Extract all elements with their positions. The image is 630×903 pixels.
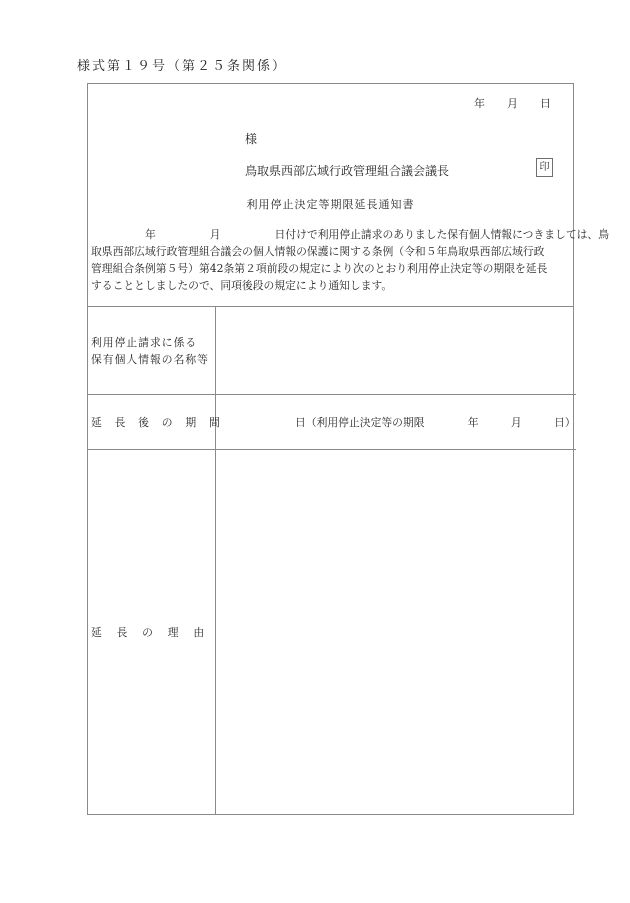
issue-date-line: 年 月 日: [474, 95, 551, 111]
seal-mark: 印: [540, 163, 550, 173]
notice-body-paragraph: 年 月 日付けで利用停止請求のありました保有個人情報につきましては、鳥 取県西部…: [91, 226, 570, 294]
row-period-label: 延 長 後 の 期 間: [91, 415, 215, 430]
body-line-1: 年 月 日付けで利用停止請求のありました保有個人情報につきましては、鳥: [91, 226, 570, 243]
document-title: 利用停止決定等期限延長通知書: [88, 196, 573, 212]
row-period-value: 日（利用停止決定等の期限 年 月 日）: [295, 415, 576, 430]
row-reason-label-cell: 延 長 の 理 由: [88, 450, 216, 814]
addressee-suffix: 様: [245, 130, 257, 147]
row-reason-value-cell: [216, 450, 576, 814]
row-period-label-cell: 延 長 後 の 期 間: [88, 395, 216, 450]
body-line-2: 取県西部広域行政管理組合議会の個人情報の保護に関する条例（令和５年鳥取県西部広域…: [91, 243, 570, 260]
row-name-label-line-2: 保有個人情報の名称等: [91, 351, 215, 368]
row-name-label-cell: 利用停止請求に係る 保有個人情報の名称等: [88, 307, 216, 395]
body-line-4: することとしましたので、同項後段の規定により通知します。: [91, 277, 570, 294]
row-name-value-cell: [216, 307, 576, 395]
row-period-value-cell: 日（利用停止決定等の期限 年 月 日）: [216, 395, 576, 450]
form-number-label: 様式第１９号（第２５条関係）: [77, 55, 287, 74]
row-reason-label: 延 長 の 理 由: [91, 625, 215, 640]
row-name-label-line-1: 利用停止請求に係る: [91, 334, 215, 351]
notice-form-box: 年 月 日 様 鳥取県西部広域行政管理組合議会議長 印 利用停止決定等期限延長通…: [87, 83, 574, 815]
sender-title: 鳥取県西部広域行政管理組合議会議長: [245, 162, 449, 179]
body-line-3: 管理組合条例第５号）第42条第２項前段の規定により次のとおり利用停止決定等の期限…: [91, 260, 570, 277]
seal-placeholder: 印: [536, 158, 553, 177]
form-table: 利用停止請求に係る 保有個人情報の名称等 延 長 後 の 期 間 日（利用停止決…: [88, 306, 573, 814]
